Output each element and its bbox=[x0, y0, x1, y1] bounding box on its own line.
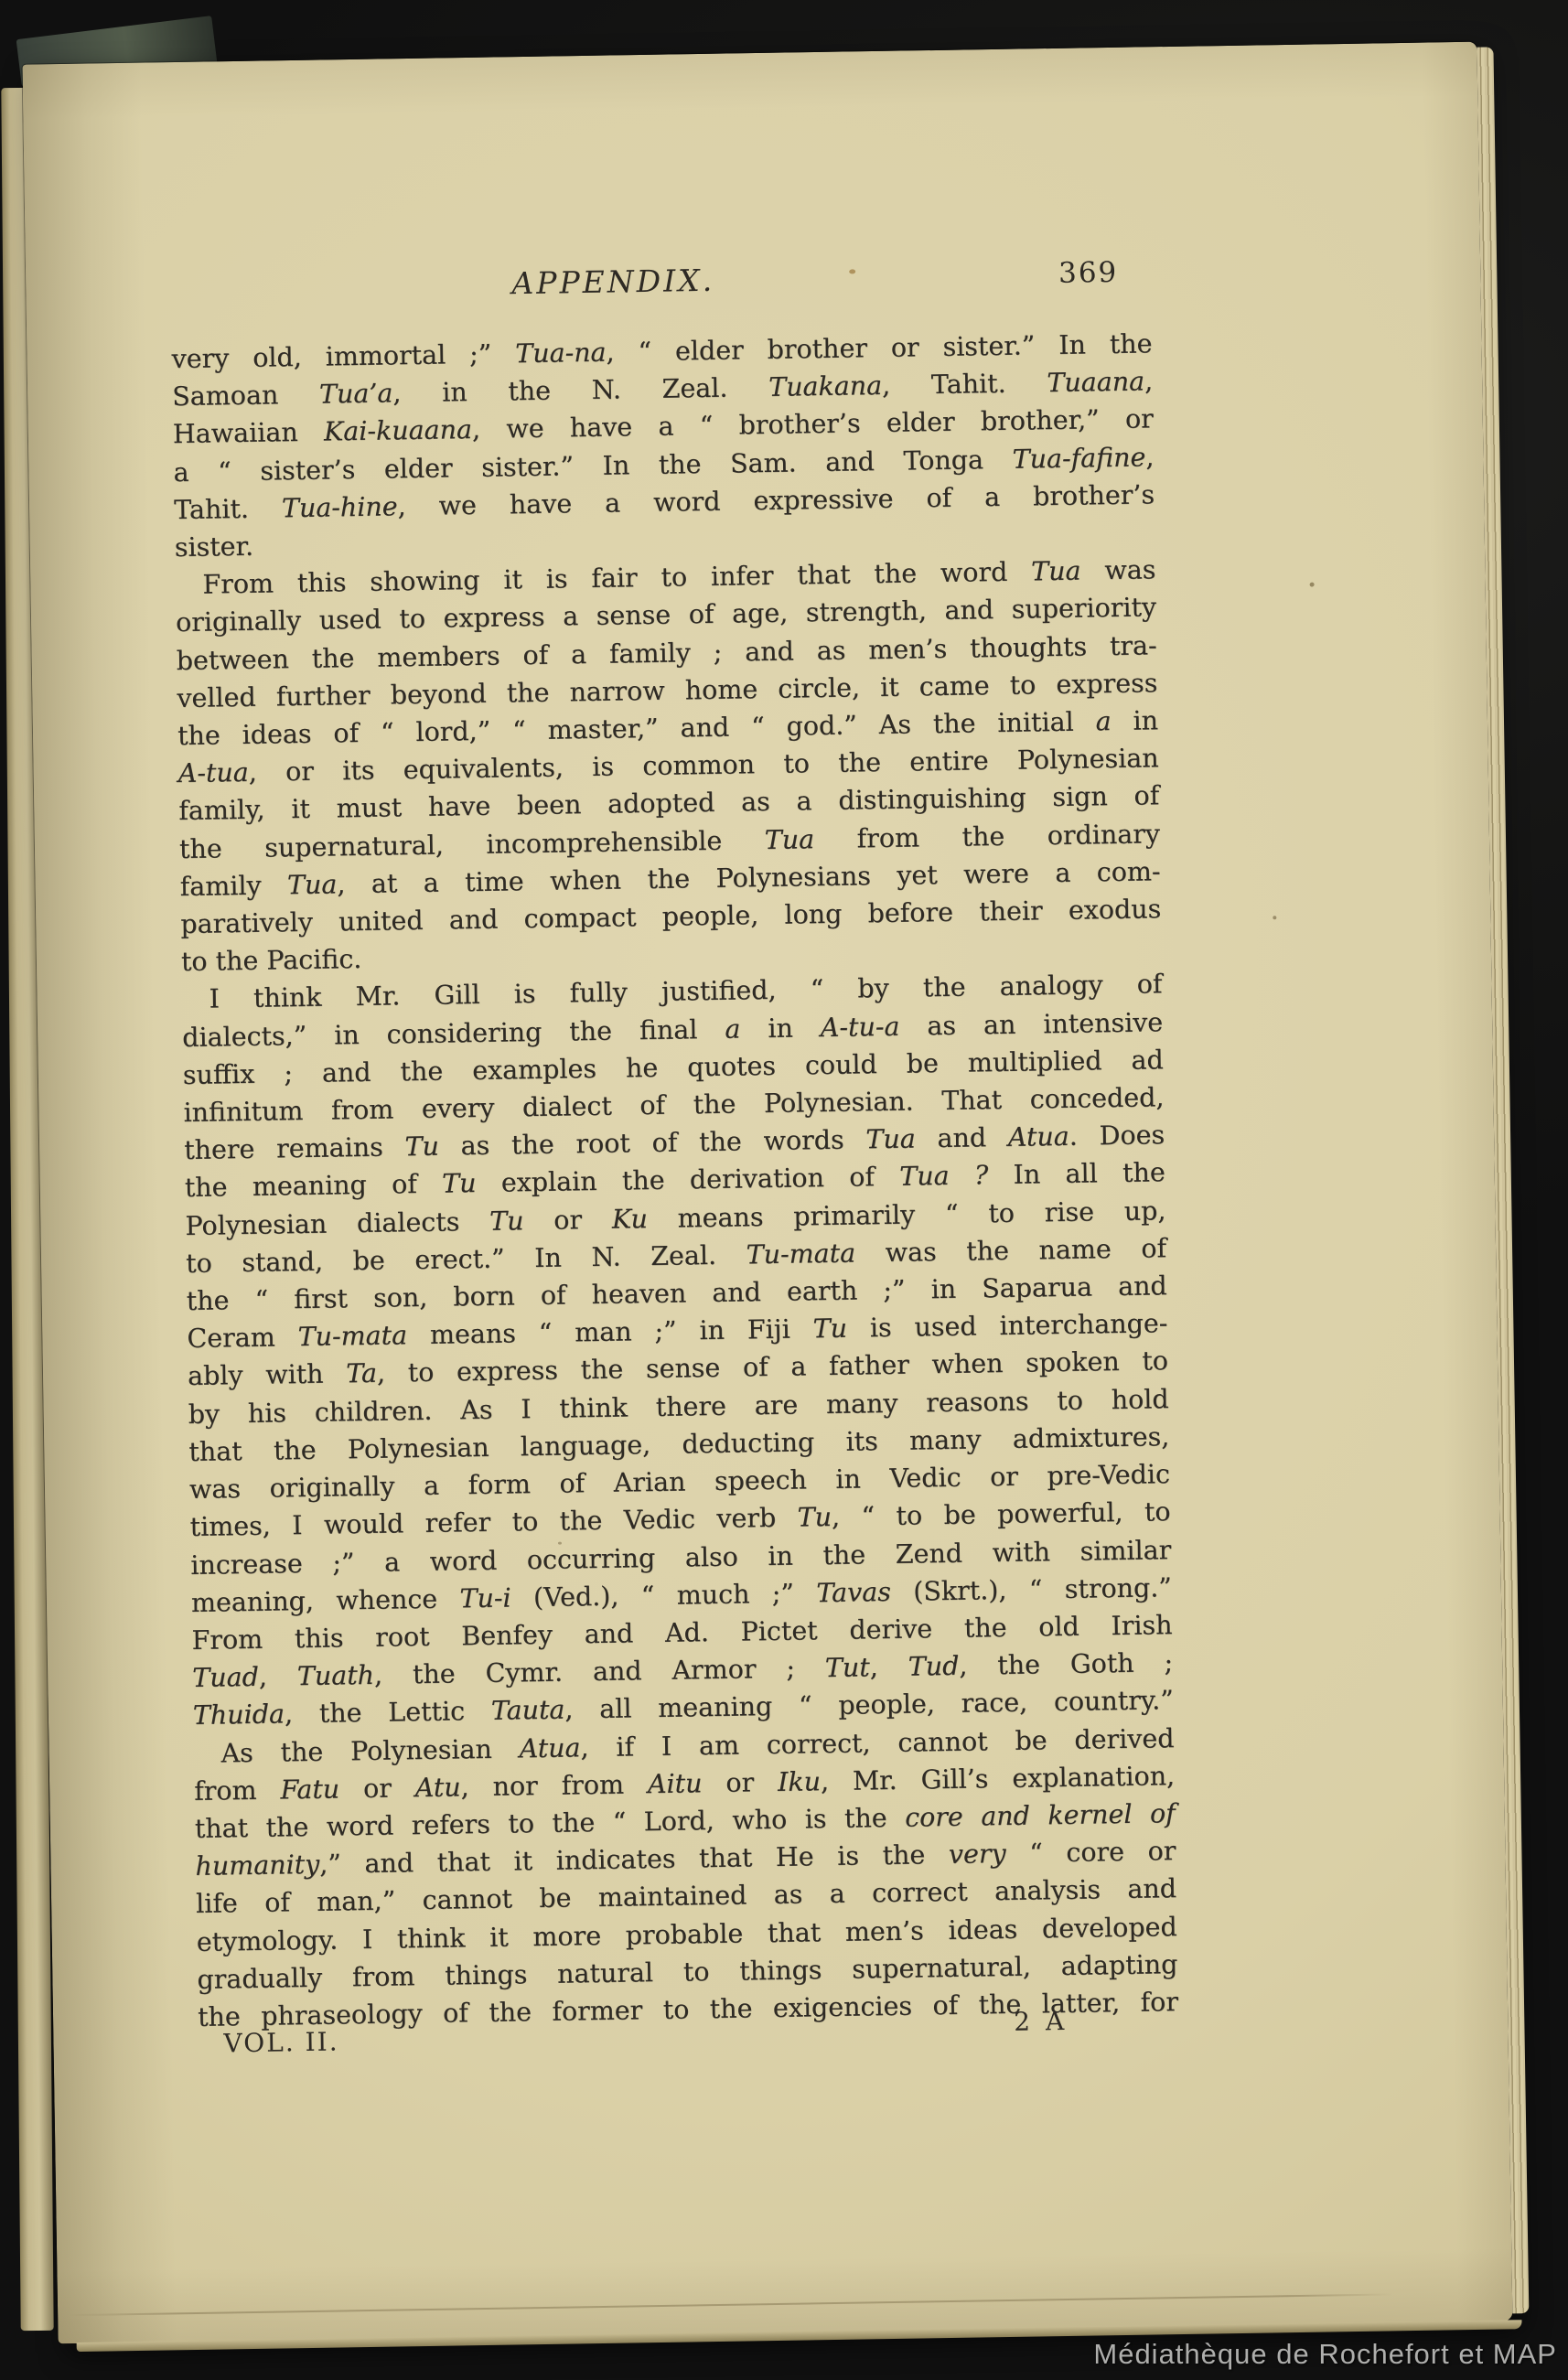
text-block: very old, immortal ;” Tua-na, “ elder br… bbox=[171, 325, 1178, 2036]
page-number: 369 bbox=[1058, 256, 1119, 290]
page-crease bbox=[69, 2293, 1393, 2316]
paper-speck bbox=[1310, 583, 1315, 587]
library-watermark: Médiathèque de Rochefort et MAP bbox=[1093, 2338, 1557, 2371]
running-head-title: APPENDIX. bbox=[123, 256, 1103, 307]
page-edges-right bbox=[1477, 47, 1529, 2313]
footer-volume-label: VOL. II. bbox=[223, 2026, 339, 2058]
running-head: APPENDIX. 369 bbox=[170, 255, 1152, 313]
paper-speck bbox=[1273, 916, 1276, 919]
footer-signature-mark: 2 A bbox=[1014, 2006, 1068, 2037]
book-page: APPENDIX. 369 very old, immortal ;” Tua-… bbox=[23, 42, 1513, 2344]
